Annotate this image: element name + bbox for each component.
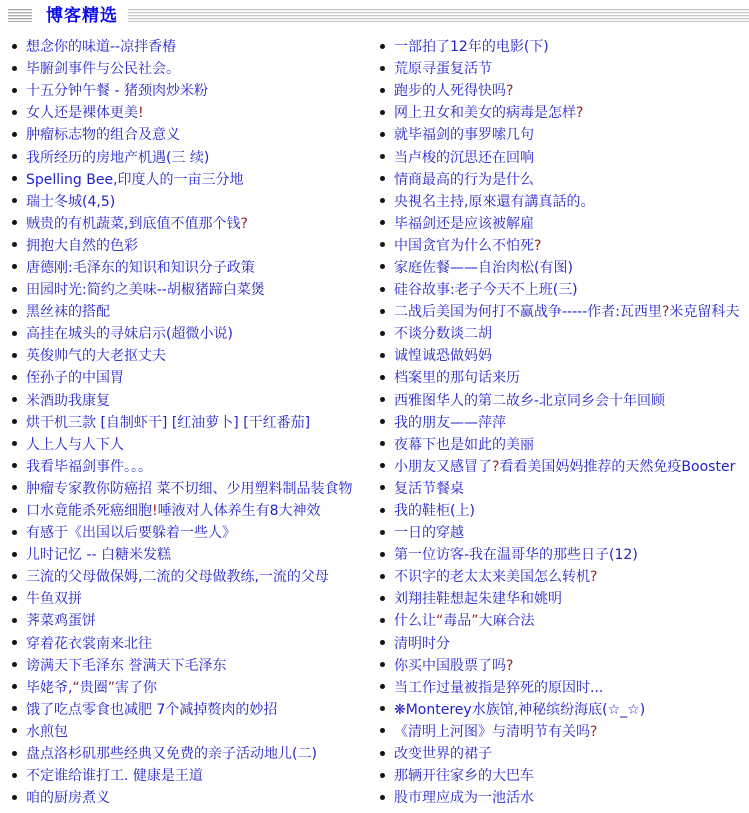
bullet-icon — [12, 66, 17, 71]
list-item: 高挂在城头的寻妹启示(超微小说) — [8, 322, 375, 344]
bullet-icon — [380, 220, 385, 225]
bullet-icon — [380, 684, 385, 689]
list-item: 烘干机三款 [自制虾干] [红油萝卜] [干红番茄] — [8, 411, 375, 433]
blog-post-link[interactable]: 毕福剑还是应该被解雇 — [394, 213, 534, 233]
bullet-icon — [12, 618, 17, 623]
blog-post-link[interactable]: 瑞士冬城(4,5) — [26, 191, 115, 211]
blog-post-link[interactable]: 肿瘤专家教你防癌招 菜不切细、少用塑料制品装食物 — [26, 478, 352, 498]
list-item: 女人还是裸体更美! — [8, 101, 375, 123]
red-punctuation: ? — [240, 216, 247, 232]
list-item: 诚惶诚恐做妈妈 — [376, 344, 749, 366]
blog-post-link[interactable]: 荒原寻蛋复活节 — [394, 58, 492, 78]
blog-post-link[interactable]: 水煎包 — [26, 721, 68, 741]
bullet-icon — [12, 441, 17, 446]
list-item: 网上丑女和美女的病毒是怎样? — [376, 101, 749, 123]
list-item: 饿了吃点零食也减肥 7个减掉赘肉的妙招 — [8, 698, 375, 720]
bullet-icon — [380, 88, 385, 93]
blog-post-link[interactable]: 刘翔挂鞋想起朱建华和姚明 — [394, 588, 562, 608]
bullet-icon — [380, 751, 385, 756]
blog-post-link[interactable]: 那辆开往家乡的大巴车 — [394, 765, 534, 785]
blog-post-link[interactable]: 二战后美国为何打不赢战争-----作者:瓦西里?米克留科夫 — [394, 301, 739, 321]
red-punctuation: ? — [534, 238, 541, 254]
list-item: 我所经历的房地产机遇(三 续) — [8, 145, 375, 167]
blog-post-link[interactable]: 牛鱼双拼 — [26, 588, 82, 608]
list-item: 米酒助我康复 — [8, 389, 375, 411]
list-item: ❋Monterey水族馆,神秘缤纷海底(☆_☆) — [376, 698, 749, 720]
bullet-icon — [380, 662, 385, 667]
bullet-icon — [380, 154, 385, 159]
bullet-icon — [12, 242, 17, 247]
list-item: 什么让“毒品”大麻合法 — [376, 609, 749, 631]
blog-post-link[interactable]: 跑步的人死得快吗? — [394, 80, 513, 100]
bullet-icon — [12, 662, 17, 667]
list-item: 当卢梭的沉思还在回响 — [376, 145, 749, 167]
bullet-icon — [12, 176, 17, 181]
blog-post-link[interactable]: 饿了吃点零食也减肥 7个减掉赘肉的妙招 — [26, 699, 277, 719]
bullet-icon — [12, 751, 17, 756]
bullet-icon — [12, 574, 17, 579]
blog-post-link[interactable]: 我看毕福剑事件。。。 — [26, 456, 152, 476]
list-item: 情商最高的行为是什么 — [376, 168, 749, 190]
bullet-icon — [12, 264, 17, 269]
blog-list-right: 一部拍了12年的电影(下)荒原寻蛋复活节跑步的人死得快吗?网上丑女和美女的病毒是… — [375, 35, 749, 808]
bullet-icon — [380, 132, 385, 137]
red-punctuation: ? — [590, 569, 597, 585]
list-item: 刘翔挂鞋想起朱建华和姚明 — [376, 587, 749, 609]
blog-post-link[interactable]: 穿着花衣裳南来北往 — [26, 633, 152, 653]
blog-post-link[interactable]: 第一位访客-我在温哥华的那些日子(12) — [394, 544, 638, 564]
bullet-icon — [12, 419, 17, 424]
list-item: 拥抱大自然的色彩 — [8, 234, 375, 256]
list-item: 硅谷故事:老子今天不上班(三) — [376, 278, 749, 300]
blog-columns: 想念你的味道--凉拌香椿毕腑剑事件与公民社会。十五分钟午餐 - 猪颈肉炒米粉女人… — [0, 35, 749, 808]
blog-post-link[interactable]: 清明时分 — [394, 633, 450, 653]
red-punctuation: ? — [590, 724, 597, 740]
list-item: 肿瘤专家教你防癌招 菜不切细、少用塑料制品装食物 — [8, 477, 375, 499]
blog-post-link[interactable]: 央視名主持,原來還有講真話的。 — [394, 191, 594, 211]
bullet-icon — [380, 640, 385, 645]
bullet-icon — [380, 44, 385, 49]
list-item: 黑丝袜的搭配 — [8, 300, 375, 322]
list-item: 侄孙子的中国胃 — [8, 366, 375, 388]
list-item: 档案里的那句话来历 — [376, 366, 749, 388]
blog-post-link[interactable]: 三流的父母做保姆,二流的父母做教练,一流的父母 — [26, 566, 329, 586]
blog-post-link[interactable]: 谤满天下毛泽东 誉满天下毛泽东 — [26, 655, 226, 675]
bullet-icon — [380, 530, 385, 535]
list-item: 十五分钟午餐 - 猪颈肉炒米粉 — [8, 79, 375, 101]
blog-post-link[interactable]: 我所经历的房地产机遇(三 续) — [26, 147, 209, 167]
list-item: 清明时分 — [376, 632, 749, 654]
list-item: 毕姥爷,“贵圈”害了你 — [8, 676, 375, 698]
horizontal-rule-lines-icon — [128, 9, 749, 22]
blog-post-link[interactable]: 我的鞋柜(上) — [394, 500, 475, 520]
red-punctuation: ? — [492, 459, 499, 475]
bullet-icon — [380, 728, 385, 733]
bullet-icon — [380, 706, 385, 711]
red-punctuation: ” — [108, 680, 115, 696]
bullet-icon — [12, 397, 17, 402]
list-item: 夜幕下也是如此的美丽 — [376, 433, 749, 455]
list-item: 我的朋友——萍萍 — [376, 411, 749, 433]
red-punctuation: ? — [662, 304, 669, 320]
list-item: 人上人与人下人 — [8, 433, 375, 455]
blog-post-link[interactable]: 复活节餐桌 — [394, 478, 464, 498]
blog-post-link[interactable]: 有感于《出国以后要躲着一些人》 — [26, 522, 236, 542]
bullet-icon — [12, 508, 17, 513]
bullet-icon — [380, 309, 385, 314]
bullet-icon — [12, 44, 17, 49]
blog-post-link[interactable]: 你买中国股票了吗? — [394, 655, 513, 675]
list-item: 荠菜鸡蛋饼 — [8, 609, 375, 631]
bullet-icon — [380, 264, 385, 269]
blog-post-link[interactable]: 不谈分数谈二胡 — [394, 323, 492, 343]
blog-post-link[interactable]: ❋Monterey水族馆,神秘缤纷海底(☆_☆) — [394, 699, 645, 719]
list-item: 家庭佐餐——自治肉松(有图) — [376, 256, 749, 278]
list-item: 儿时记忆 -- 白糖米发糕 — [8, 543, 375, 565]
blog-post-link[interactable]: 硅谷故事:老子今天不上班(三) — [394, 279, 578, 299]
blog-post-link[interactable]: 一部拍了12年的电影(下) — [394, 36, 549, 56]
list-item: 毕腑剑事件与公民社会。 — [8, 57, 375, 79]
blog-post-link[interactable]: 口水竟能杀死癌细胞!唾液对人体养生有8大神效 — [26, 500, 321, 520]
list-item: 口水竟能杀死癌细胞!唾液对人体养生有8大神效 — [8, 499, 375, 521]
bullet-icon — [380, 66, 385, 71]
list-item: 唐德刚:毛泽东的知识和知识分子政策 — [8, 256, 375, 278]
blog-post-link[interactable]: 烘干机三款 [自制虾干] [红油萝卜] [干红番茄] — [26, 412, 310, 432]
list-item: 咱的厨房煮义 — [8, 786, 375, 808]
bullet-icon — [12, 220, 17, 225]
section-header: 博客精选 — [0, 0, 749, 28]
red-punctuation: ! — [152, 503, 158, 519]
blog-post-link[interactable]: 小朋友又感冒了?看看美国妈妈推荐的天然免疫Booster — [394, 456, 735, 476]
blog-post-link[interactable]: 田园时光:简约之美味--胡椒猪蹄白菜煲 — [26, 279, 265, 299]
list-item: 三流的父母做保姆,二流的父母做教练,一流的父母 — [8, 565, 375, 587]
blog-post-link[interactable]: 毕腑剑事件与公民社会。 — [26, 58, 180, 78]
bullet-icon — [12, 773, 17, 778]
list-item: 当工作过量被指是猝死的原因时... — [376, 676, 749, 698]
page-title[interactable]: 博客精选 — [46, 6, 118, 26]
bullet-icon — [12, 485, 17, 490]
blog-post-link[interactable]: Spelling Bee,印度人的一亩三分地 — [26, 169, 244, 189]
bullet-icon — [12, 795, 17, 800]
list-item: 小朋友又感冒了?看看美国妈妈推荐的天然免疫Booster — [376, 455, 749, 477]
list-item: 二战后美国为何打不赢战争-----作者:瓦西里?米克留科夫 — [376, 300, 749, 322]
bullet-icon — [12, 684, 17, 689]
bullet-icon — [380, 287, 385, 292]
list-item: 谤满天下毛泽东 誉满天下毛泽东 — [8, 654, 375, 676]
list-item: 瑞士冬城(4,5) — [8, 190, 375, 212]
list-item: Spelling Bee,印度人的一亩三分地 — [8, 168, 375, 190]
blog-post-link[interactable]: 改变世界的裙子 — [394, 743, 492, 763]
red-punctuation: ” — [471, 613, 478, 629]
list-item: 复活节餐桌 — [376, 477, 749, 499]
bullet-icon — [380, 331, 385, 336]
blog-post-link[interactable]: 当工作过量被指是猝死的原因时... — [394, 677, 603, 697]
red-punctuation: ! — [138, 105, 144, 121]
list-item: 就毕福剑的事罗嗦几句 — [376, 123, 749, 145]
blog-post-link[interactable]: 不定谁给谁打工. 健康是王道 — [26, 765, 203, 785]
list-item: 西雅图华人的第二故乡-北京同乡会十年回顾 — [376, 389, 749, 411]
list-item: 央視名主持,原來還有講真話的。 — [376, 190, 749, 212]
list-item: 一日的穿越 — [376, 521, 749, 543]
blog-post-link[interactable]: 诚惶诚恐做妈妈 — [394, 345, 492, 365]
list-item: 不定谁给谁打工. 健康是王道 — [8, 764, 375, 786]
bullet-icon — [380, 596, 385, 601]
bullet-icon — [380, 618, 385, 623]
list-item: 英俊帅气的大老抠丈夫 — [8, 344, 375, 366]
bullet-icon — [380, 485, 385, 490]
blog-post-link[interactable]: 股市理应成为一池活水 — [394, 787, 534, 807]
blog-post-link[interactable]: 十五分钟午餐 - 猪颈肉炒米粉 — [26, 80, 208, 100]
blog-post-link[interactable]: 家庭佐餐——自治肉松(有图) — [394, 257, 573, 277]
list-item: 贼贵的有机蔬菜,到底值不值那个钱? — [8, 212, 375, 234]
list-lines-icon — [8, 9, 32, 22]
blog-post-link[interactable]: 当卢梭的沉思还在回响 — [394, 147, 534, 167]
blog-post-link[interactable]: 人上人与人下人 — [26, 434, 124, 454]
red-punctuation: ? — [576, 105, 583, 121]
list-item: 想念你的味道--凉拌香椿 — [8, 35, 375, 57]
blog-post-link[interactable]: 不识字的老太太来美国怎么转机? — [394, 566, 597, 586]
blog-post-link[interactable]: 什么让“毒品”大麻合法 — [394, 610, 535, 630]
list-item: 那辆开往家乡的大巴车 — [376, 764, 749, 786]
list-item: 跑步的人死得快吗? — [376, 79, 749, 101]
list-item: 毕福剑还是应该被解雇 — [376, 212, 749, 234]
bullet-icon — [12, 198, 17, 203]
blog-post-link[interactable]: 一日的穿越 — [394, 522, 464, 542]
blog-post-link[interactable]: 档案里的那句话来历 — [394, 367, 520, 387]
bullet-icon — [380, 441, 385, 446]
bullet-icon — [12, 706, 17, 711]
bullet-icon — [12, 596, 17, 601]
bullet-icon — [12, 331, 17, 336]
bullet-icon — [12, 353, 17, 358]
bullet-icon — [380, 176, 385, 181]
blog-post-link[interactable]: 米酒助我康复 — [26, 390, 110, 410]
blog-post-link[interactable]: 情商最高的行为是什么 — [394, 169, 534, 189]
bullet-icon — [380, 574, 385, 579]
red-punctuation: “ — [72, 680, 79, 696]
blog-post-link[interactable]: 肿瘤标志物的组合及意义 — [26, 124, 180, 144]
bullet-icon — [380, 375, 385, 380]
blog-post-link[interactable]: 盘点洛杉矶那些经典又免费的亲子活动地儿(二) — [26, 743, 317, 763]
blog-post-link[interactable]: 西雅图华人的第二故乡-北京同乡会十年回顾 — [394, 390, 665, 410]
bullet-icon — [380, 508, 385, 513]
blog-list-left: 想念你的味道--凉拌香椿毕腑剑事件与公民社会。十五分钟午餐 - 猪颈肉炒米粉女人… — [0, 35, 375, 808]
blog-post-link[interactable]: 贼贵的有机蔬菜,到底值不值那个钱? — [26, 213, 248, 233]
list-item: 水煎包 — [8, 720, 375, 742]
list-item: 荒原寻蛋复活节 — [376, 57, 749, 79]
list-item: 你买中国股票了吗? — [376, 654, 749, 676]
list-item: 有感于《出国以后要躲着一些人》 — [8, 521, 375, 543]
list-item: 牛鱼双拼 — [8, 587, 375, 609]
bullet-icon — [380, 419, 385, 424]
list-item: 中国贪官为什么不怕死? — [376, 234, 749, 256]
red-punctuation: ? — [506, 83, 513, 99]
bullet-icon — [380, 353, 385, 358]
blog-post-link[interactable]: 荠菜鸡蛋饼 — [26, 610, 96, 630]
bullet-icon — [12, 375, 17, 380]
blog-post-link[interactable]: 女人还是裸体更美! — [26, 102, 144, 122]
blog-post-link[interactable]: 高挂在城头的寻妹启示(超微小说) — [26, 323, 233, 343]
blog-post-link[interactable]: 儿时记忆 -- 白糖米发糕 — [26, 544, 171, 564]
bullet-icon — [380, 110, 385, 115]
bullet-icon — [12, 552, 17, 557]
bullet-icon — [12, 728, 17, 733]
bullet-icon — [380, 397, 385, 402]
blog-post-link[interactable]: 网上丑女和美女的病毒是怎样? — [394, 102, 583, 122]
bullet-icon — [380, 242, 385, 247]
blog-post-link[interactable]: 侄孙子的中国胃 — [26, 367, 124, 387]
bullet-icon — [12, 530, 17, 535]
list-item: 盘点洛杉矶那些经典又免费的亲子活动地儿(二) — [8, 742, 375, 764]
red-punctuation: “ — [436, 613, 443, 629]
bullet-icon — [12, 287, 17, 292]
list-item: 不谈分数谈二胡 — [376, 322, 749, 344]
blog-post-link[interactable]: 咱的厨房煮义 — [26, 787, 110, 807]
blog-post-link[interactable]: 就毕福剑的事罗嗦几句 — [394, 124, 534, 144]
blog-post-link[interactable]: 毕姥爷,“贵圈”害了你 — [26, 677, 157, 697]
blog-post-link[interactable]: 《清明上河图》与清明节有关吗? — [394, 721, 597, 741]
blog-post-link[interactable]: 我的朋友——萍萍 — [394, 412, 506, 432]
blog-post-link[interactable]: 夜幕下也是如此的美丽 — [394, 434, 534, 454]
list-item: 改变世界的裙子 — [376, 742, 749, 764]
blog-post-link[interactable]: 唐德刚:毛泽东的知识和知识分子政策 — [26, 257, 255, 277]
list-item: 股市理应成为一池活水 — [376, 786, 749, 808]
bullet-icon — [12, 132, 17, 137]
red-punctuation: ? — [506, 658, 513, 674]
list-item: 不识字的老太太来美国怎么转机? — [376, 565, 749, 587]
list-item: 穿着花衣裳南来北往 — [8, 632, 375, 654]
blog-post-link[interactable]: 黑丝袜的搭配 — [26, 301, 110, 321]
bullet-icon — [12, 154, 17, 159]
blog-post-link[interactable]: 想念你的味道--凉拌香椿 — [26, 36, 176, 56]
list-item: 《清明上河图》与清明节有关吗? — [376, 720, 749, 742]
bullet-icon — [12, 463, 17, 468]
blog-post-link[interactable]: 中国贪官为什么不怕死? — [394, 235, 541, 255]
list-item: 一部拍了12年的电影(下) — [376, 35, 749, 57]
list-item: 田园时光:简约之美味--胡椒猪蹄白菜煲 — [8, 278, 375, 300]
bullet-icon — [380, 463, 385, 468]
list-item: 我看毕福剑事件。。。 — [8, 455, 375, 477]
list-item: 我的鞋柜(上) — [376, 499, 749, 521]
bullet-icon — [12, 88, 17, 93]
bullet-icon — [380, 198, 385, 203]
bullet-icon — [12, 640, 17, 645]
bullet-icon — [380, 795, 385, 800]
bullet-icon — [380, 773, 385, 778]
list-item: 第一位访客-我在温哥华的那些日子(12) — [376, 543, 749, 565]
blog-post-link[interactable]: 英俊帅气的大老抠丈夫 — [26, 345, 166, 365]
bullet-icon — [12, 110, 17, 115]
bullet-icon — [380, 552, 385, 557]
blog-post-link[interactable]: 拥抱大自然的色彩 — [26, 235, 138, 255]
bullet-icon — [12, 309, 17, 314]
list-item: 肿瘤标志物的组合及意义 — [8, 123, 375, 145]
